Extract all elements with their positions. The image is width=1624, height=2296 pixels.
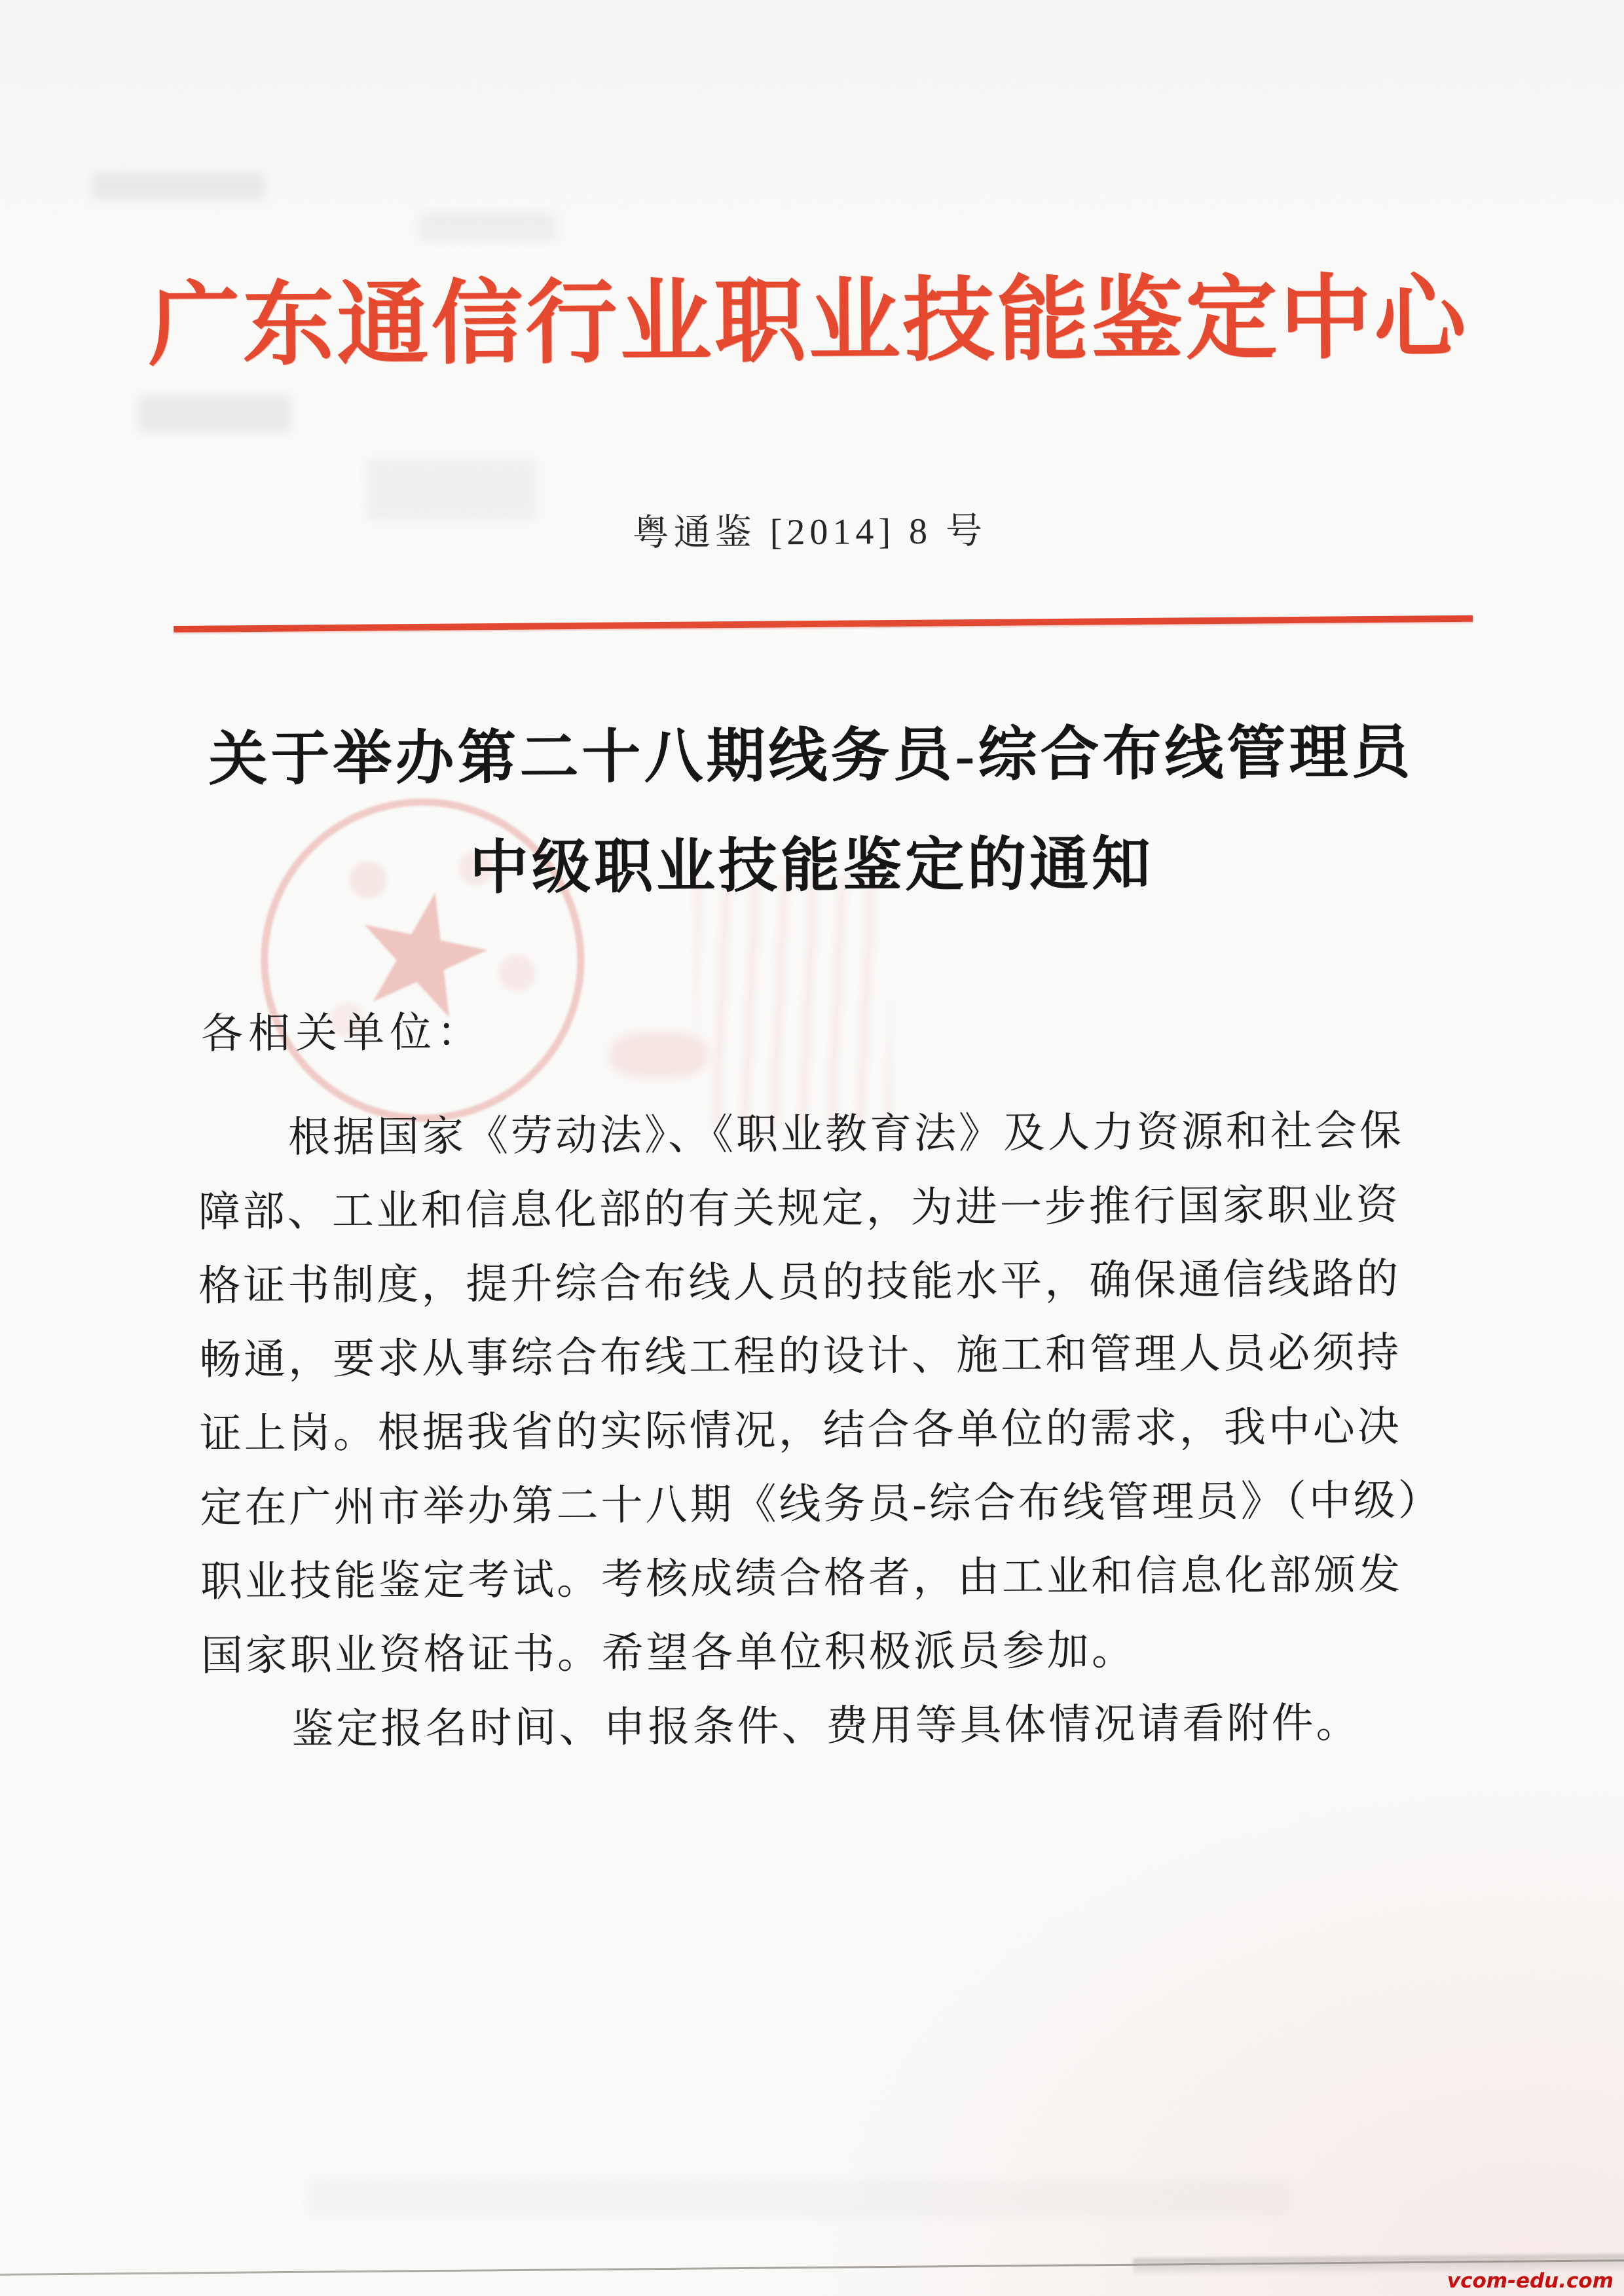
body-line: 鉴定报名时间、申报条件、费用等具体情况请看附件。 (201, 1685, 1472, 1767)
body-line: 格证书制度，提升综合布线人员的技能水平，确保通信线路的 (198, 1241, 1469, 1323)
body-line: 职业技能鉴定考试。考核成绩合格者，由工业和信息化部颁发 (200, 1537, 1471, 1619)
notice-title-line1: 关于举办第二十八期线务员-综合布线管理员 (0, 697, 1623, 816)
notice-title: 关于举办第二十八期线务员-综合布线管理员 中级职业技能鉴定的通知 (0, 697, 1624, 926)
body-line: 定在广州市举办第二十八期《线务员-综合布线管理员》（中级） (200, 1463, 1471, 1545)
scanned-document-page: 广东通信行业职业技能鉴定中心 粤通鉴 [2014] 8 号 ★ 关于举办第二十八… (0, 0, 1624, 2296)
body-line: 国家职业资格证书。希望各单位积极派员参加。 (201, 1611, 1472, 1693)
watermark: vcom-edu.com (1447, 2270, 1614, 2292)
body-line: 证上岗。根据我省的实际情况，结合各单位的需求，我中心决 (199, 1389, 1470, 1471)
body-line: 畅通，要求从事综合布线工程的设计、施工和管理人员必须持 (199, 1315, 1470, 1397)
notice-body: 根据国家《劳动法》、《职业教育法》及人力资源和社会保 障部、工业和信息化部的有关… (198, 1093, 1472, 1767)
document-content: 广东通信行业职业技能鉴定中心 粤通鉴 [2014] 8 号 ★ 关于举办第二十八… (0, 0, 1624, 2296)
seal-ink-bleed (610, 1032, 708, 1078)
body-line: 障部、工业和信息化部的有关规定，为进一步推行国家职业资 (198, 1167, 1469, 1249)
document-number: 粤通鉴 [2014] 8 号 (0, 504, 1622, 560)
notice-title-line2: 中级职业技能鉴定的通知 (0, 807, 1624, 926)
letterhead-title: 广东通信行业职业技能鉴定中心 (0, 262, 1621, 383)
red-separator-rule (174, 615, 1473, 632)
salutation: 各相关单位： (201, 1006, 484, 1061)
body-line: 根据国家《劳动法》、《职业教育法》及人力资源和社会保 (198, 1093, 1469, 1175)
